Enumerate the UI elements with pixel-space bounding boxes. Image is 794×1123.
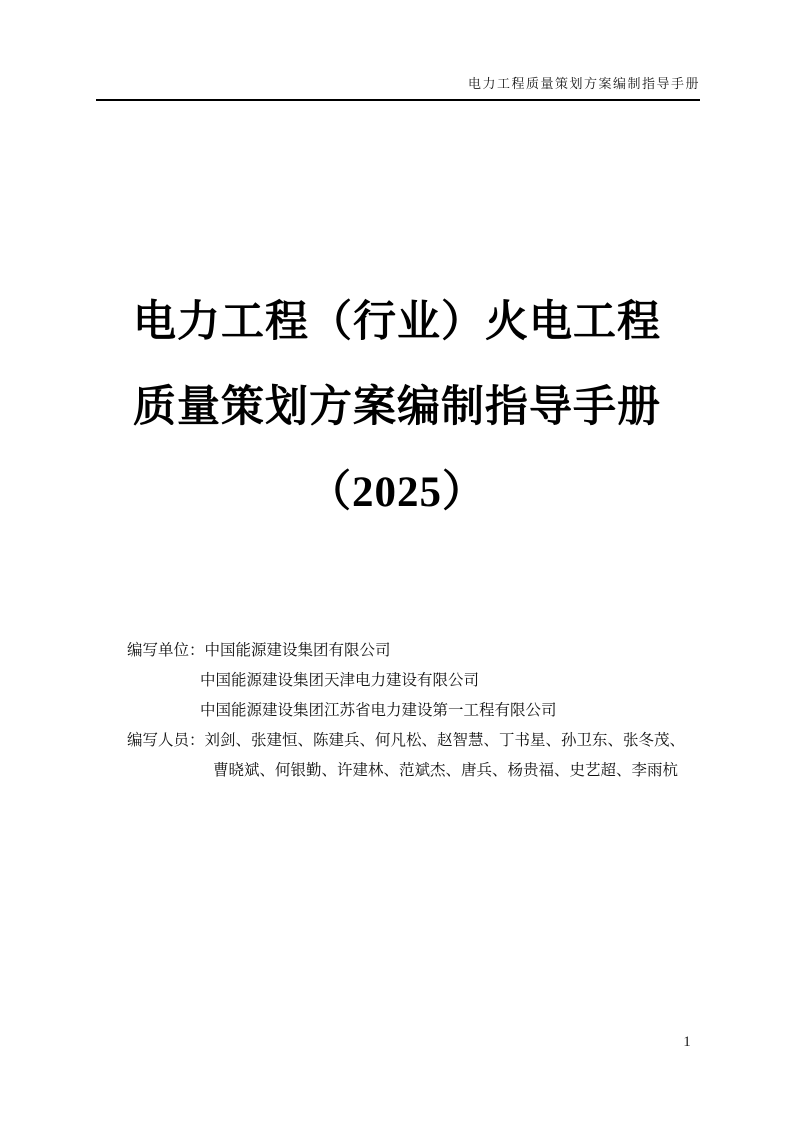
credit-line-units: 编写单位：中国能源建设集团有限公司 — [127, 640, 391, 662]
unit-2: 中国能源建设集团天津电力建设有限公司 — [200, 672, 479, 689]
page-header: 电力工程质量策划方案编制指导手册 — [96, 74, 700, 101]
title-line-2: 质量策划方案编制指导手册 — [0, 365, 794, 450]
credit-line-authors-2: 曹晓斌、何银勤、许建林、范斌杰、唐兵、杨贵福、史艺超、李雨杭 — [213, 760, 678, 782]
title-line-year: （2025） — [0, 450, 794, 535]
credit-line-unit-3: 中国能源建设集团江苏省电力建设第一工程有限公司 — [200, 700, 557, 722]
cover-title: 电力工程（行业）火电工程 质量策划方案编制指导手册 （2025） — [0, 280, 794, 535]
document-page: 电力工程质量策划方案编制指导手册 电力工程（行业）火电工程 质量策划方案编制指导… — [0, 0, 794, 1123]
unit-label: 编写单位： — [127, 640, 205, 662]
authors-line-2: 曹晓斌、何银勤、许建林、范斌杰、唐兵、杨贵福、史艺超、李雨杭 — [213, 762, 678, 779]
unit-1: 中国能源建设集团有限公司 — [205, 642, 391, 659]
unit-3: 中国能源建设集团江苏省电力建设第一工程有限公司 — [200, 702, 557, 719]
credit-line-unit-2: 中国能源建设集团天津电力建设有限公司 — [200, 670, 479, 692]
page-number: 1 — [662, 1032, 712, 1052]
title-line-1: 电力工程（行业）火电工程 — [0, 280, 794, 365]
credit-line-authors: 编写人员：刘剑、张建恒、陈建兵、何凡松、赵智慧、丁书星、孙卫东、张冬茂、 — [127, 730, 685, 752]
authors-label: 编写人员： — [127, 730, 205, 752]
authors-line-1: 刘剑、张建恒、陈建兵、何凡松、赵智慧、丁书星、孙卫东、张冬茂、 — [205, 732, 686, 749]
header-title: 电力工程质量策划方案编制指导手册 — [468, 76, 700, 91]
